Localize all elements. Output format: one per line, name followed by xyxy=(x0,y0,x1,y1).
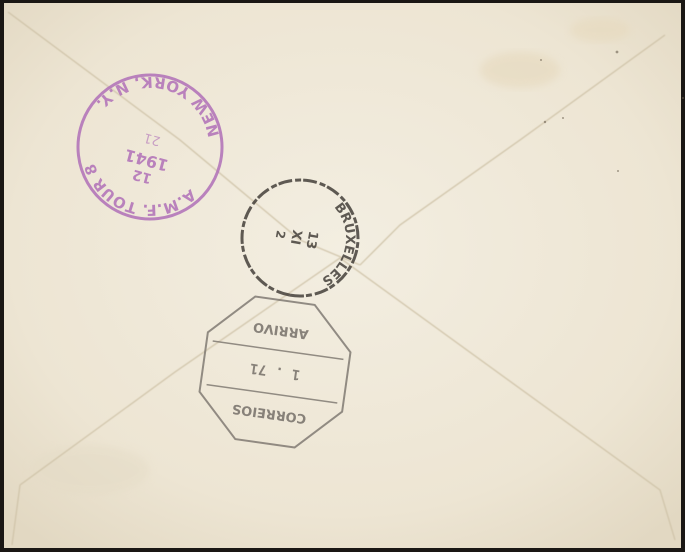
transit-date-1: 13 xyxy=(302,230,320,250)
transit-date-2: XI xyxy=(287,229,304,246)
envelope-photo: A.M.F. TOUR 8 NEW YORK, N.Y. 12 1941 21 … xyxy=(0,0,685,552)
